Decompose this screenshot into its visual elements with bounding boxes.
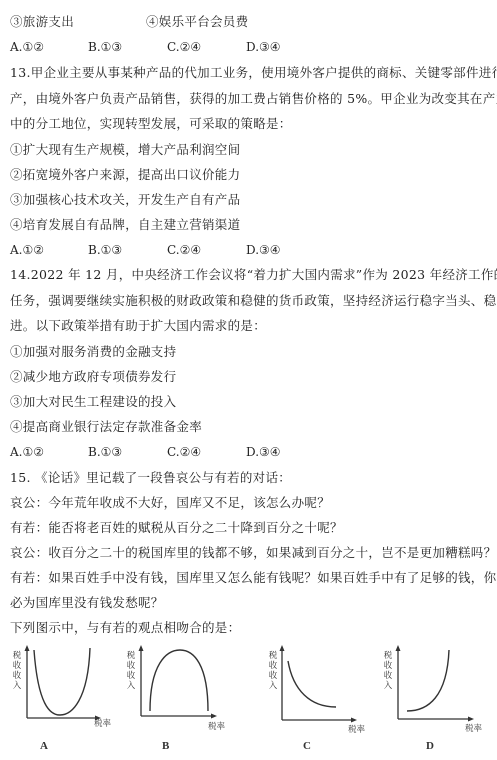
chart-b-ylabel: 税收收入 (126, 651, 136, 691)
q13-option-a[interactable]: A.①② (10, 242, 44, 258)
chart-d-graphic (383, 645, 493, 725)
chart-a-label[interactable]: A (40, 740, 48, 752)
chart-a-xlabel: 税率 (94, 717, 111, 729)
q15-dialogue-3: 哀公：收百分之二十的税国库里的钱都不够，如果减到百分之十，岂不是更加糟糕吗？ (10, 545, 496, 561)
q12-option-d[interactable]: D.③④ (246, 39, 281, 55)
q14-item-2: ②减少地方政府专项债券发行 (10, 369, 176, 385)
chart-b[interactable]: 税收收入 税率 (128, 645, 238, 725)
chart-d[interactable]: 税收收入 税率 (383, 645, 493, 725)
chart-b-label[interactable]: B (162, 740, 169, 752)
q14-item-3: ③加大对民生工程建设的投入 (10, 394, 176, 410)
q13-item-4: ④培育发展自有品牌，自主建立营销渠道 (10, 217, 240, 233)
q13-option-d[interactable]: D.③④ (246, 242, 281, 258)
q13-item-1: ①扩大现有生产规模，增大产品利润空间 (10, 142, 240, 158)
q14-stem-line-1: 14.2022 年 12 月，中央经济工作会议将“着力扩大国内需求”作为 202… (10, 267, 497, 283)
q13-option-c[interactable]: C.②④ (167, 242, 201, 258)
q14-option-a[interactable]: A.①② (10, 444, 44, 460)
q14-option-b[interactable]: B.①③ (88, 444, 122, 460)
q15-dialogue-2: 有若：能否将老百姓的赋税从百分之二十降到百分之十呢？ (10, 520, 343, 536)
chart-c-ylabel: 税收收入 (268, 651, 278, 691)
q13-item-3: ③加强核心技术攻关，开发生产自有产品 (10, 192, 240, 208)
chart-c-graphic (268, 645, 378, 725)
q15-dialogue-4: 有若：如果百姓手中没有钱，国库里又怎么能有钱呢？如果百姓手中有了足够的钱，你又何 (10, 570, 497, 586)
q14-option-c[interactable]: C.②④ (167, 444, 201, 460)
q13-item-2: ②拓宽境外客户来源，提高出口议价能力 (10, 167, 240, 183)
q12-option-b[interactable]: B.①③ (88, 39, 122, 55)
q14-option-d[interactable]: D.③④ (246, 444, 281, 460)
chart-c-label[interactable]: C (303, 740, 311, 752)
q14-stem-line-3: 进。以下政策举措有助于扩大国内需求的是： (10, 318, 266, 334)
q15-prompt: 下列图示中，与有若的观点相吻合的是： (10, 620, 240, 636)
chart-d-label[interactable]: D (426, 740, 434, 752)
q13-option-b[interactable]: B.①③ (88, 242, 122, 258)
chart-d-ylabel: 税收收入 (383, 651, 393, 691)
q12-option-a[interactable]: A.①② (10, 39, 44, 55)
q14-item-4: ④提高商业银行法定存款准备金率 (10, 419, 202, 435)
q14-item-1: ①加强对服务消费的金融支持 (10, 344, 176, 360)
q12-item-3: ③旅游支出 (10, 14, 74, 30)
q15-dialogue-1: 哀公：今年荒年收成不大好，国库又不足，该怎么办呢？ (10, 495, 330, 511)
q15-stem-line-1: 15. 《论话》里记载了一段鲁哀公与有若的对话： (10, 470, 291, 486)
q14-stem-line-2: 任务，强调要继续实施积极的财政政策和稳健的货币政策，坚持经济运行稳字当头、稳中求 (10, 293, 497, 309)
chart-b-graphic (128, 645, 238, 725)
chart-a[interactable]: 税收收入 税率 (10, 645, 120, 725)
q13-stem-line-2: 产，由境外客户负责产品销售，获得的加工费占销售价格的 5%。甲企业为改变其在产业… (10, 91, 497, 107)
chart-a-graphic (10, 645, 120, 725)
q13-stem-line-3: 中的分工地位，实现转型发展，可采取的策略是： (10, 116, 292, 132)
q12-option-c[interactable]: C.②④ (167, 39, 201, 55)
q13-stem-line-1: 13.甲企业主要从事某种产品的代加工业务，使用境外客户提供的商标、关键零部件进行… (10, 65, 497, 81)
q12-item-4: ④娱乐平台会员费 (146, 14, 248, 30)
q15-dialogue-4-cont: 必为国库里没有钱发愁呢？ (10, 595, 164, 611)
chart-d-xlabel: 税率 (465, 722, 482, 734)
chart-c[interactable]: 税收收入 税率 (268, 645, 378, 725)
chart-a-ylabel: 税收收入 (12, 651, 22, 691)
chart-b-xlabel: 税率 (208, 720, 225, 732)
chart-c-xlabel: 税率 (348, 723, 365, 735)
